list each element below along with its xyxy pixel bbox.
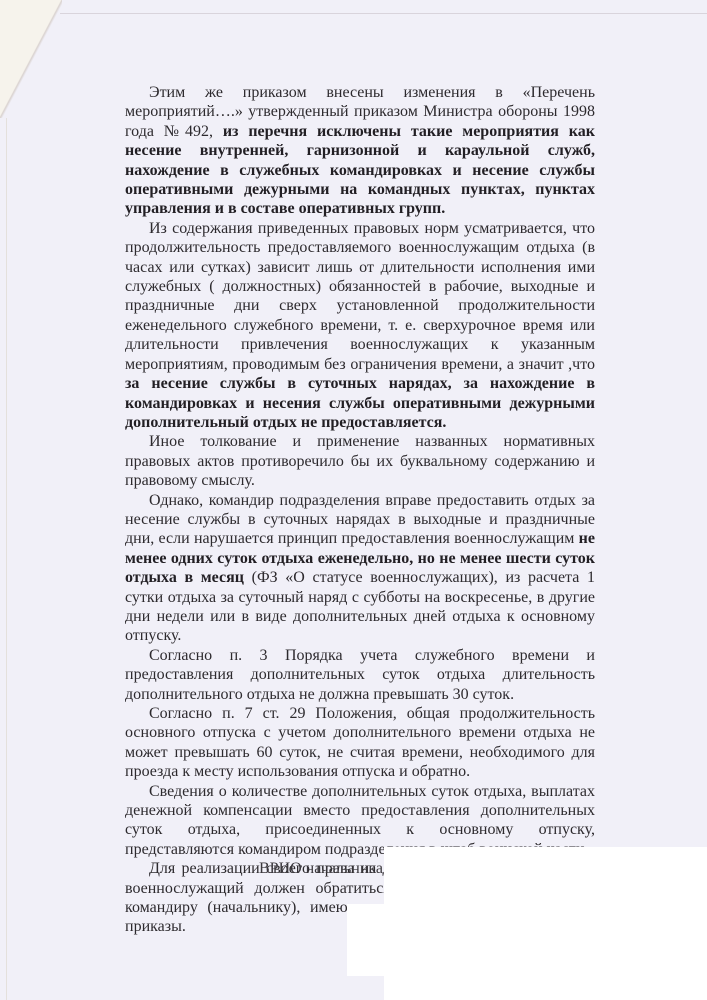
redacted-area-small: [347, 904, 387, 976]
paragraph-commander-rights: Однако, командир подразделения вправе пр…: [125, 491, 595, 646]
signature-title: ВРИО начальника: [259, 860, 383, 878]
page-top-edge: [60, 13, 707, 14]
paragraph-rule-60-days: Согласно п. 7 ст. 29 Положения, общая пр…: [125, 704, 595, 782]
body-text: Согласно п. 3 Порядка учета служебного в…: [125, 647, 595, 703]
scanned-page: Этим же приказом внесены изменения в «Пе…: [0, 0, 707, 1000]
paragraph-legal-interpretation: Из содержания приведенных правовых норм …: [125, 219, 595, 432]
document-body: Этим же приказом внесены изменения в «Пе…: [125, 83, 595, 937]
body-text: Иное толкование и применение названных н…: [125, 433, 595, 489]
body-text: Однако, командир подразделения вправе пр…: [125, 492, 595, 548]
fold-edge: [0, 0, 62, 118]
body-text: Согласно п. 7 ст. 29 Положения, общая пр…: [125, 705, 595, 780]
paragraph-other-interpretation: Иное толкование и применение названных н…: [125, 432, 595, 490]
paragraph-excluded-activities: Этим же приказом внесены изменения в «Пе…: [125, 83, 595, 219]
body-text: Из содержания приведенных правовых норм …: [125, 220, 595, 373]
emphasized-text: за несение службы в суточных нарядах, за…: [125, 375, 595, 431]
page-left-edge: [6, 118, 7, 1000]
redacted-area: [384, 847, 707, 1000]
paragraph-rule-30-days: Согласно п. 3 Порядка учета служебного в…: [125, 646, 595, 704]
